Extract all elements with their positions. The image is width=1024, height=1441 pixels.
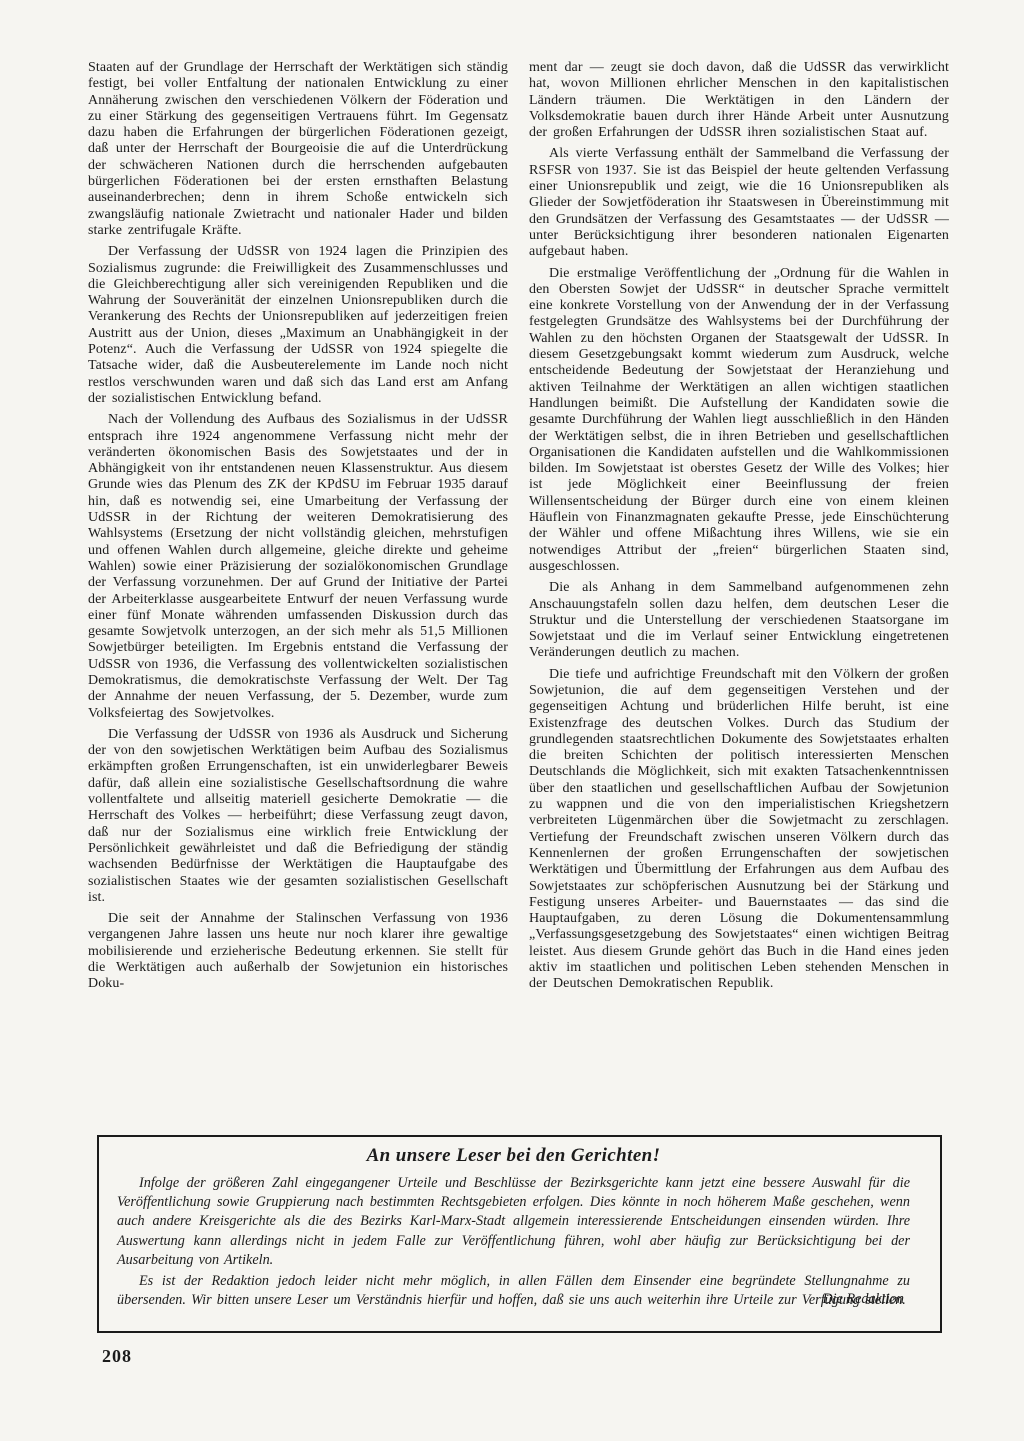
notice-box: An unsere Leser bei den Gerichten! Infol… (97, 1135, 942, 1333)
paragraph: Die als Anhang in dem Sammelband aufgeno… (529, 580, 949, 661)
paragraph: Die erstmalige Veröffentlichung der „Ord… (529, 266, 949, 576)
left-column: Staaten auf der Grundlage der Herrschaft… (88, 60, 508, 998)
notice-title: An unsere Leser bei den Gerichten! (117, 1145, 910, 1167)
paragraph: Staaten auf der Grundlage der Herrschaft… (88, 60, 508, 239)
paragraph: Als vierte Verfassung enthält der Sammel… (529, 146, 949, 260)
paragraph: Die seit der Annahme der Stalinschen Ver… (88, 911, 508, 992)
paragraph: Nach der Vollendung des Aufbaus des Sozi… (88, 412, 508, 722)
paragraph: Der Verfassung der UdSSR von 1924 lagen … (88, 244, 508, 407)
paragraph: ment dar — zeugt sie doch davon, daß die… (529, 60, 949, 141)
right-column: ment dar — zeugt sie doch davon, daß die… (529, 60, 949, 998)
notice-paragraph: Infolge der größeren Zahl eingegangener … (117, 1174, 910, 1270)
article-body: Staaten auf der Grundlage der Herrschaft… (88, 60, 949, 998)
page-number: 208 (102, 1346, 132, 1367)
notice-paragraph: Es ist der Redaktion jedoch leider nicht… (117, 1272, 910, 1310)
document-page: Staaten auf der Grundlage der Herrschaft… (0, 0, 1024, 1441)
paragraph: Die tiefe und aufrichtige Freundschaft m… (529, 667, 949, 993)
paragraph: Die Verfassung der UdSSR von 1936 als Au… (88, 727, 508, 906)
